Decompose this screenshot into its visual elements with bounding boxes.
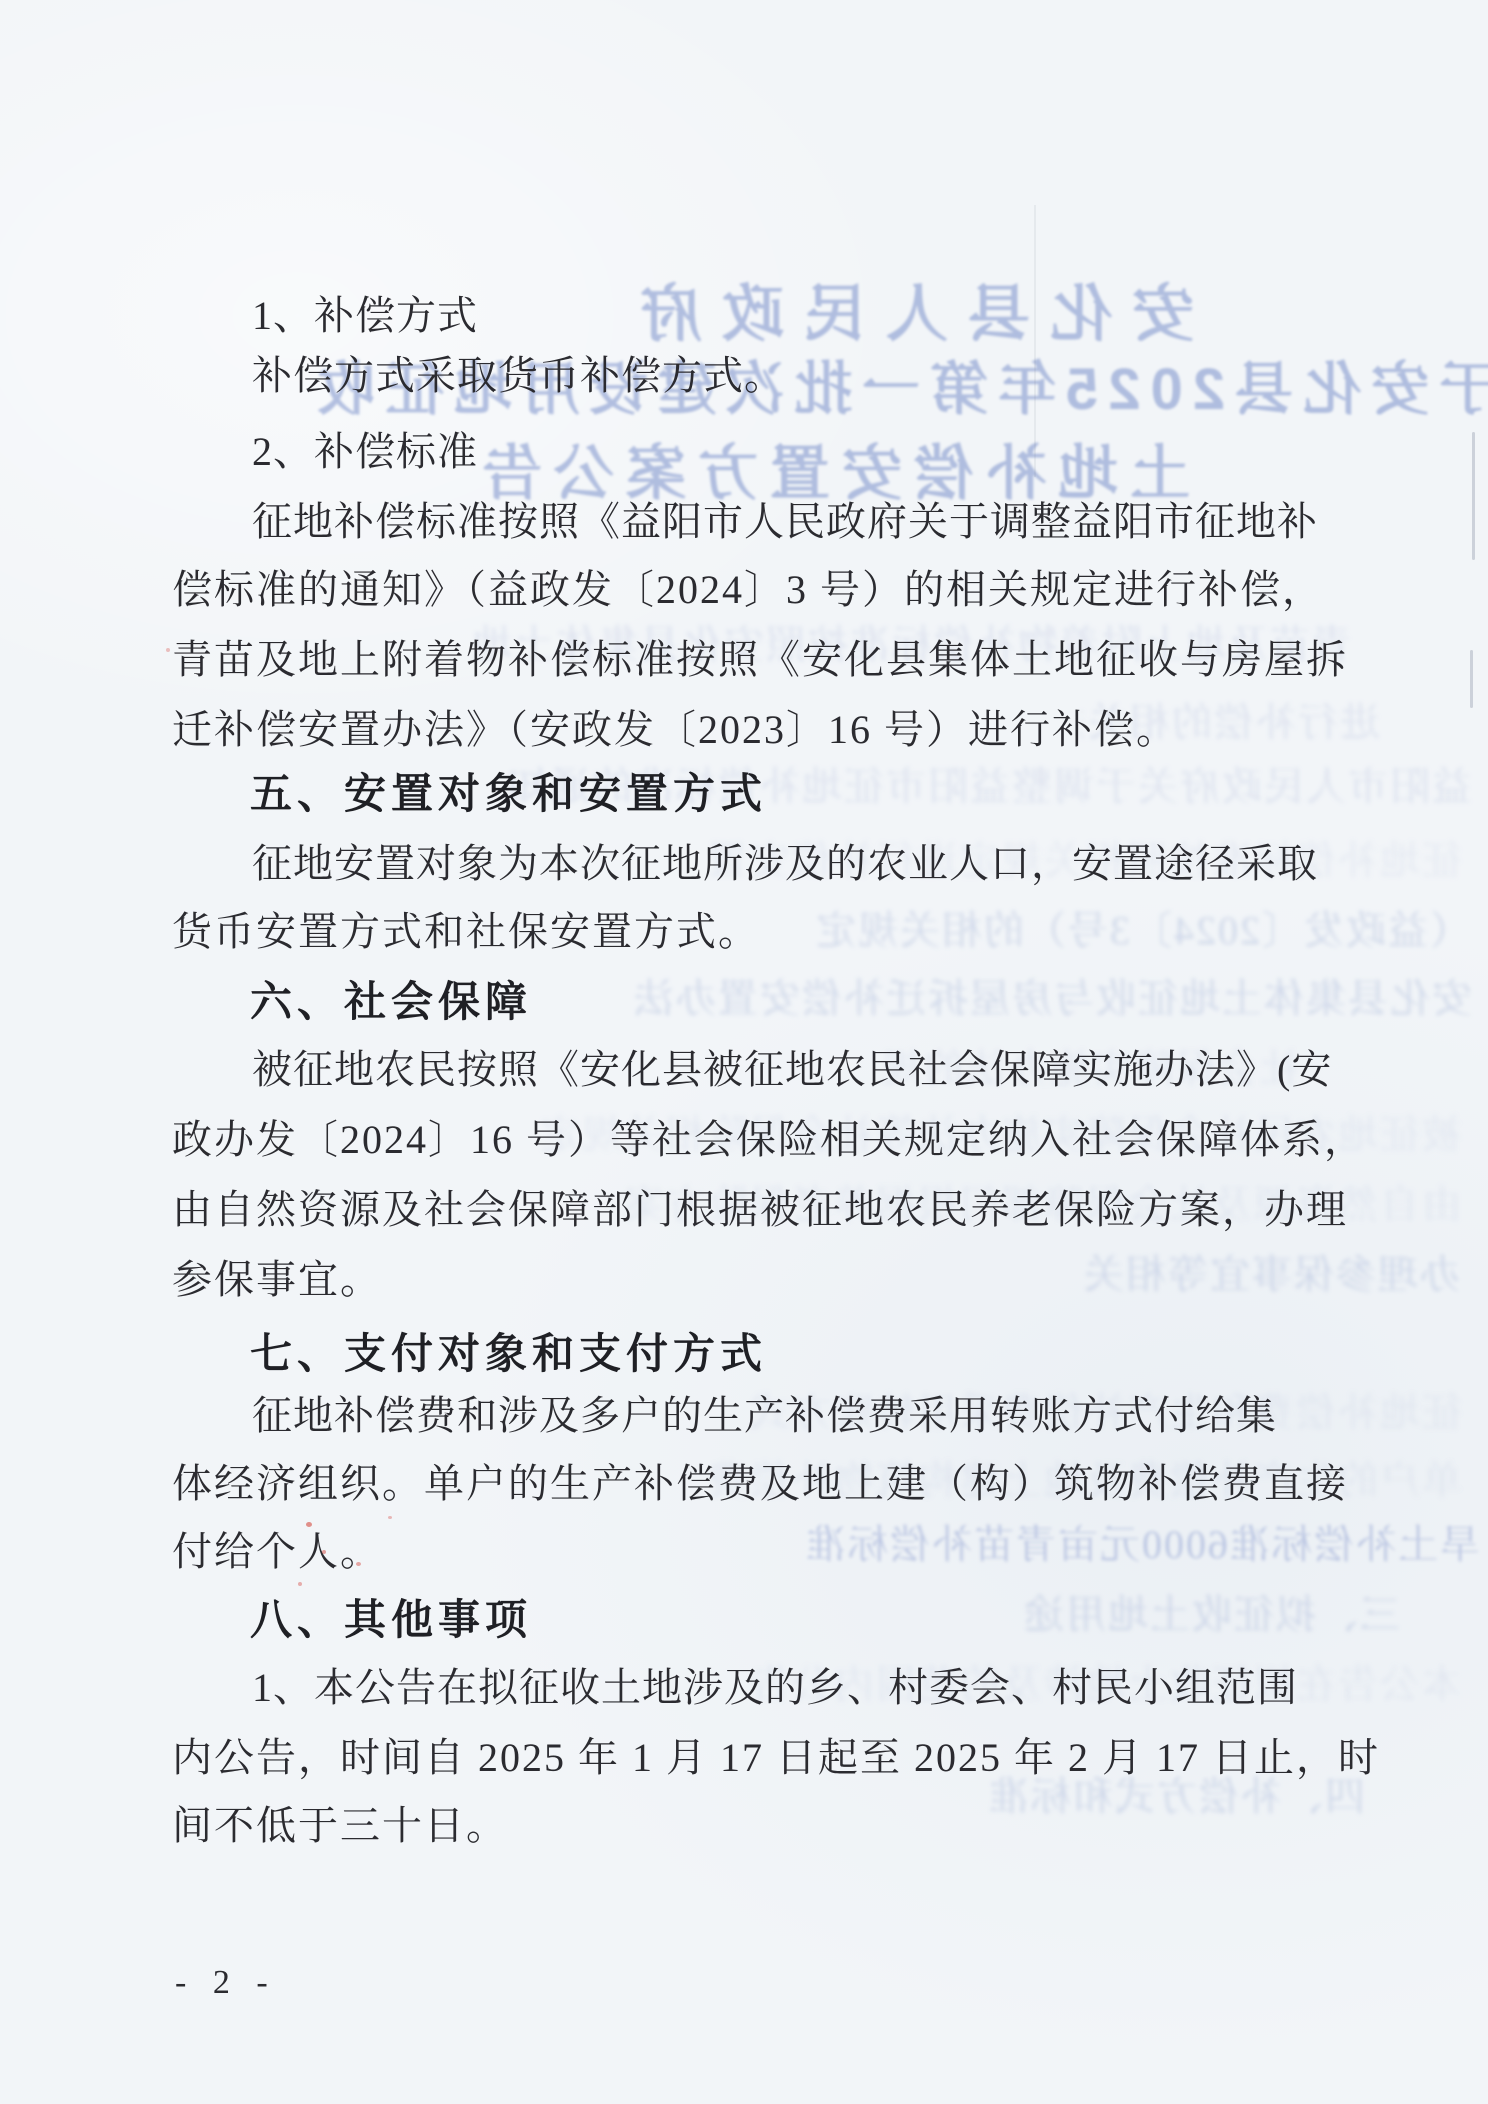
body-line: 货币安置方式和社保安置方式。: [172, 908, 760, 956]
bleedthrough-text: 办理参保事宜等相关: [940, 1252, 1460, 1298]
ink-speck: [298, 1582, 302, 1586]
body-line: 参保事宜。: [172, 1256, 382, 1304]
section-heading: 八、其他事项: [250, 1596, 532, 1644]
ink-speck: [356, 1562, 361, 1566]
section-heading: 五、安置对象和安置方式: [250, 770, 767, 818]
body-line: 内公告，时间自 2025 年 1 月 17 日起至 2025 年 2 月 17 …: [172, 1734, 1380, 1782]
bleedthrough-title-line: 安化县人民政府: [620, 264, 1194, 353]
body-line: 补偿方式采取货币补偿方式。: [252, 352, 785, 400]
ink-speck: [306, 1522, 312, 1527]
body-line: 偿标准的通知》（益政发〔2024〕3 号）的相关规定进行补偿，: [172, 566, 1324, 614]
list-item: 1、本公告在拟征收土地涉及的乡、村委会、村民小组范围: [252, 1664, 1298, 1712]
body-line: 间不低于三十日。: [172, 1802, 508, 1850]
bleedthrough-text: （益政发〔2024〕3号）的相关规定: [790, 908, 1470, 954]
body-line: 征地补偿费和涉及多户的生产补偿费采用转账方式付给集: [252, 1392, 1277, 1440]
body-line: 青苗及地上附着物补偿标准按照《安化县集体土地征收与房屋拆: [172, 636, 1348, 684]
body-line: 征地补偿标准按照《益阳市人民政府关于调整益阳市征地补: [252, 498, 1318, 546]
list-item: 1、补偿方式: [252, 292, 478, 340]
body-line: 征地安置对象为本次征地所涉及的农业人口，安置途径采取: [252, 840, 1318, 888]
ink-speck: [322, 1550, 326, 1554]
scan-edge-mark: [1472, 432, 1475, 560]
section-heading: 六、社会保障: [250, 978, 532, 1026]
bleedthrough-text: 三、拟征收土地用途: [950, 1592, 1400, 1638]
body-line: 付给个人。: [172, 1528, 382, 1576]
document-page: 安化县人民政府 关于安化县2025年第一批次建设用地征收 土地补偿安置方案公告 …: [0, 0, 1488, 2104]
bleedthrough-text: 旱土补偿标准6000元亩青苗补偿标准: [430, 1522, 1480, 1568]
ink-speck: [166, 648, 170, 652]
scan-edge-mark: [1470, 650, 1473, 708]
body-line: 被征地农民按照《安化县被征地农民社会保障实施办法》(安: [252, 1046, 1332, 1094]
body-line: 由自然资源及社会保障部门根据被征地农民养老保险方案，办理: [172, 1186, 1348, 1234]
body-line: 迁补偿安置办法》（安政发〔2023〕16 号）进行补偿。: [172, 706, 1178, 754]
section-heading: 七、支付对象和支付方式: [250, 1330, 767, 1378]
page-number: - 2 -: [175, 1964, 277, 2002]
body-line: 政办发〔2024〕16 号）等社会保险相关规定纳入社会保障体系，: [172, 1116, 1366, 1164]
body-line: 体经济组织。单户的生产补偿费及地上建（构）筑物补偿费直接: [172, 1460, 1348, 1508]
list-item: 2、补偿标准: [252, 428, 478, 476]
ink-speck: [388, 1516, 392, 1519]
scan-crease: [1034, 205, 1036, 477]
